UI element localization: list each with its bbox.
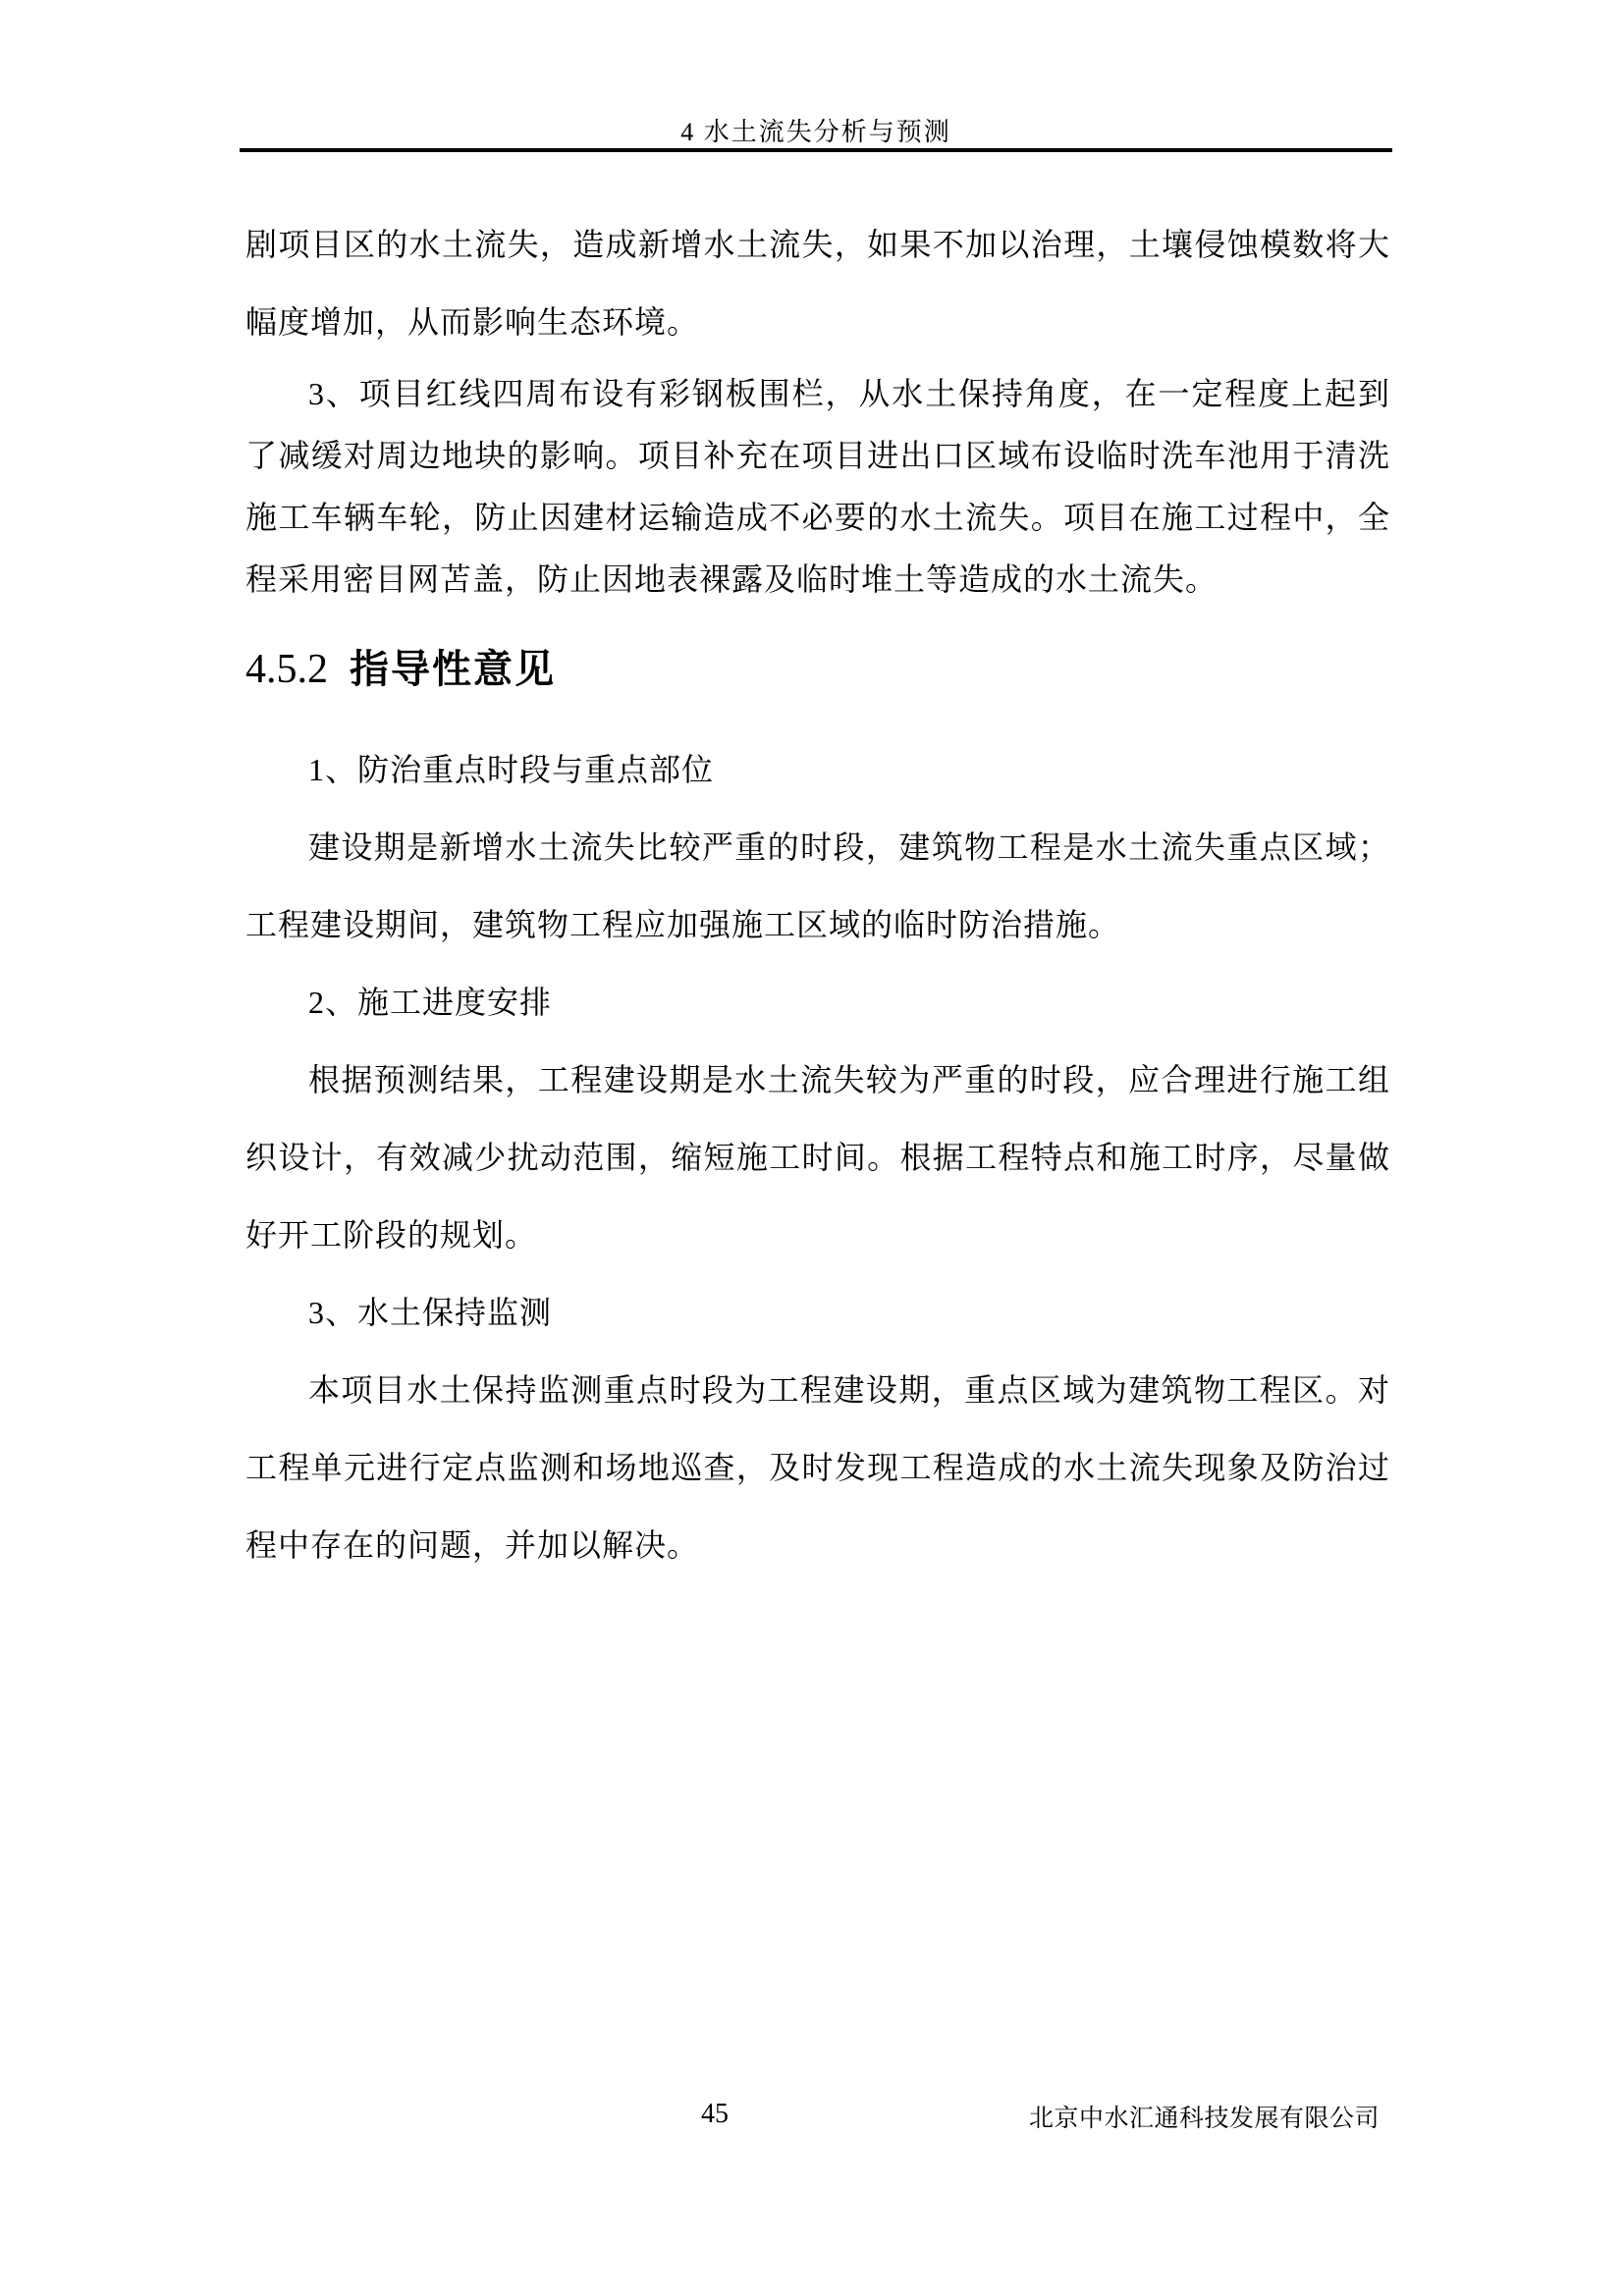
section-item-3-body: 本项目水土保持监测重点时段为工程建设期，重点区域为建筑物工程区。对工程单元进行定… [245,1352,1390,1584]
section-heading-title: 指导性意见 [350,648,556,691]
section-heading-number: 4.5.2 [245,647,328,692]
section-item-2-body: 根据预测结果，工程建设期是水土流失较为严重的时段，应合理进行施工组织设计，有效减… [245,1041,1390,1274]
document-body: 剧项目区的水土流失，造成新增水土流失，如果不加以治理，土壤侵蚀模数将大幅度增加，… [245,206,1390,1584]
page-number: 45 [676,2099,754,2130]
section-item-1-title: 1、防治重点时段与重点部位 [245,731,1390,809]
running-header-title: 4 水土流失分析与预测 [240,112,1392,148]
section-item-1-body: 建设期是新增水土流失比较严重的时段，建筑物工程是水土流失重点区域；工程建设期间，… [245,809,1390,964]
document-page: 4 水土流失分析与预测 剧项目区的水土流失，造成新增水土流失，如果不加以治理，土… [0,0,1624,2296]
section-item-2-title: 2、施工进度安排 [245,964,1390,1041]
header-rule [240,148,1392,152]
section-item-3-title: 3、水土保持监测 [245,1274,1390,1352]
paragraph-item-3: 3、项目红线四周布设有彩钢板围栏，从水土保持角度，在一定程度上起到了减缓对周边地… [245,363,1390,611]
paragraph-continuation: 剧项目区的水土流失，造成新增水土流失，如果不加以治理，土壤侵蚀模数将大幅度增加，… [245,206,1390,361]
section-heading: 4.5.2 指导性意见 [245,642,1390,697]
footer-company-name: 北京中水汇通科技发展有限公司 [1029,2099,1380,2134]
